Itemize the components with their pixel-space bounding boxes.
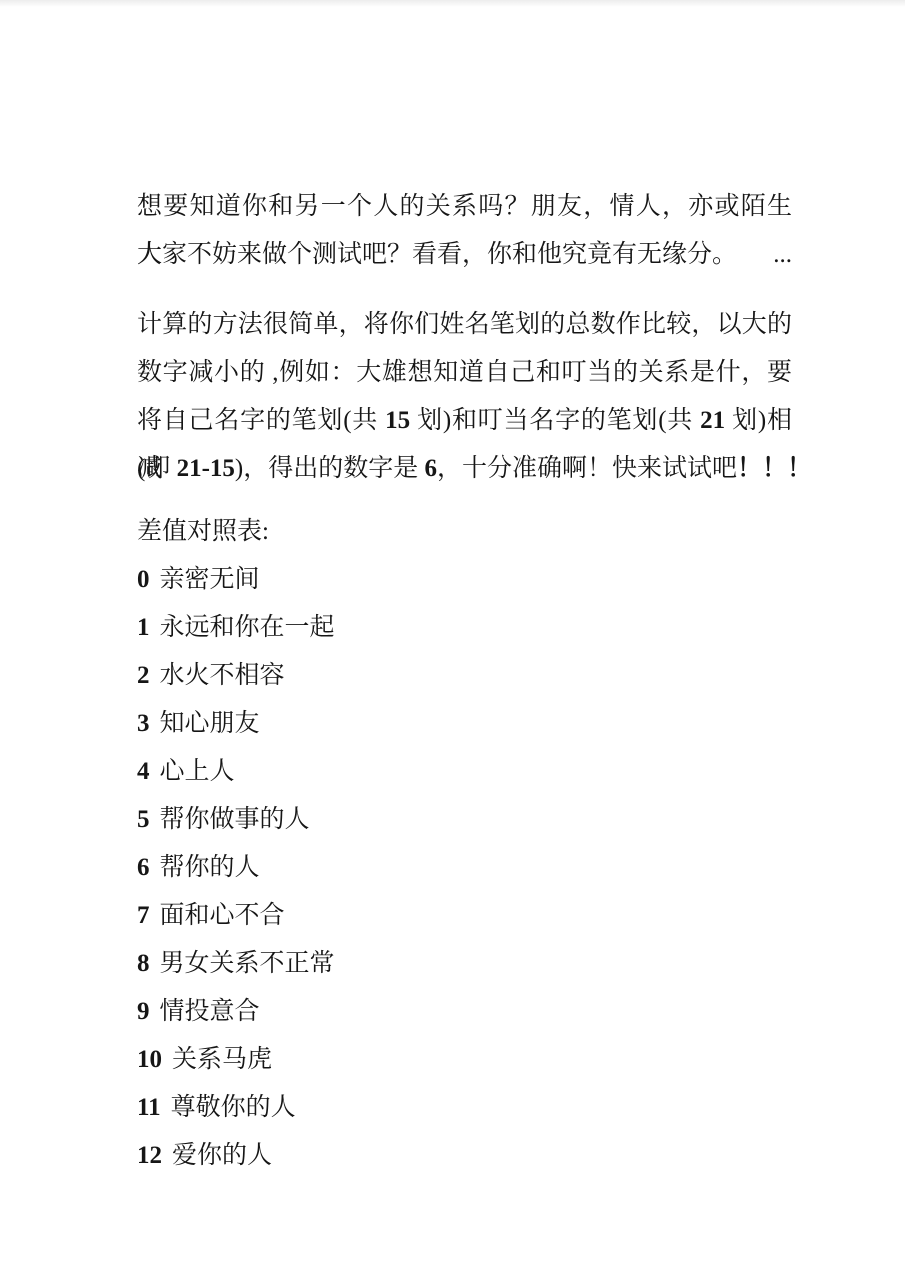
table-row: 1永远和你在一起 <box>137 604 792 652</box>
method-line-4: (即 21-15)，得出的数字是 6，十分准确啊！快来试试吧！！！ <box>137 445 792 493</box>
row-number: 9 <box>137 988 150 1036</box>
row-number: 1 <box>137 604 150 652</box>
table-row: 2水火不相容 <box>137 652 792 700</box>
difference-table: 0亲密无间 1永远和你在一起 2水火不相容 3知心朋友 4心上人 5帮你做事的人… <box>137 556 792 1180</box>
row-label: 知心朋友 <box>160 710 260 737</box>
row-number: 8 <box>137 940 150 988</box>
table-row: 12爱你的人 <box>137 1132 792 1180</box>
table-row: 10关系马虎 <box>137 1036 792 1084</box>
row-label: 尊敬你的人 <box>171 1094 296 1121</box>
row-label: 永远和你在一起 <box>160 614 335 641</box>
row-label: 关系马虎 <box>172 1046 272 1073</box>
table-row: 11尊敬你的人 <box>137 1084 792 1132</box>
table-row: 8男女关系不正常 <box>137 940 792 988</box>
row-number: 10 <box>137 1036 162 1084</box>
row-label: 水火不相容 <box>160 662 285 689</box>
row-label: 帮你的人 <box>160 854 260 881</box>
method-line-3: 将自己名字的笔划(共 15 划)和叮当名字的笔划(共 21 划)相减 <box>137 397 792 445</box>
table-row: 3知心朋友 <box>137 700 792 748</box>
difference-table-heading: 差值对照表: <box>137 508 792 556</box>
table-row: 5帮你做事的人 <box>137 796 792 844</box>
row-number: 11 <box>137 1084 161 1132</box>
row-label: 爱你的人 <box>172 1142 272 1169</box>
row-number: 7 <box>137 892 150 940</box>
method-line-2: 数字减小的 ,例如：大雄想知道自己和叮当的关系是什，要 <box>137 349 792 397</box>
document-page: 想要知道你和另一个人的关系吗？朋友，情人，亦或陌生人... 大家不妨来做个测试吧… <box>137 183 792 1180</box>
row-number: 2 <box>137 652 150 700</box>
row-label: 男女关系不正常 <box>160 950 335 977</box>
table-row: 4心上人 <box>137 748 792 796</box>
method-line-1: 计算的方法很简单，将你们姓名笔划的总数作比较，以大的 <box>137 301 792 349</box>
intro-paragraph: 想要知道你和另一个人的关系吗？朋友，情人，亦或陌生人... 大家不妨来做个测试吧… <box>137 183 792 279</box>
row-number: 0 <box>137 556 150 604</box>
row-label: 心上人 <box>160 758 235 785</box>
row-number: 3 <box>137 700 150 748</box>
table-row: 6帮你的人 <box>137 844 792 892</box>
table-row: 0亲密无间 <box>137 556 792 604</box>
table-row: 7面和心不合 <box>137 892 792 940</box>
intro-line-2: 大家不妨来做个测试吧？看看，你和他究竟有无缘分。 <box>137 231 792 279</box>
row-label: 帮你做事的人 <box>160 806 310 833</box>
table-row: 9情投意合 <box>137 988 792 1036</box>
row-label: 面和心不合 <box>160 902 285 929</box>
row-number: 12 <box>137 1132 162 1180</box>
row-label: 情投意合 <box>160 998 260 1025</box>
row-label: 亲密无间 <box>160 566 260 593</box>
row-number: 5 <box>137 796 150 844</box>
row-number: 4 <box>137 748 150 796</box>
intro-line-1: 想要知道你和另一个人的关系吗？朋友，情人，亦或陌生人... <box>137 183 792 231</box>
row-number: 6 <box>137 844 150 892</box>
method-paragraph: 计算的方法很简单，将你们姓名笔划的总数作比较，以大的 数字减小的 ,例如：大雄想… <box>137 301 792 493</box>
